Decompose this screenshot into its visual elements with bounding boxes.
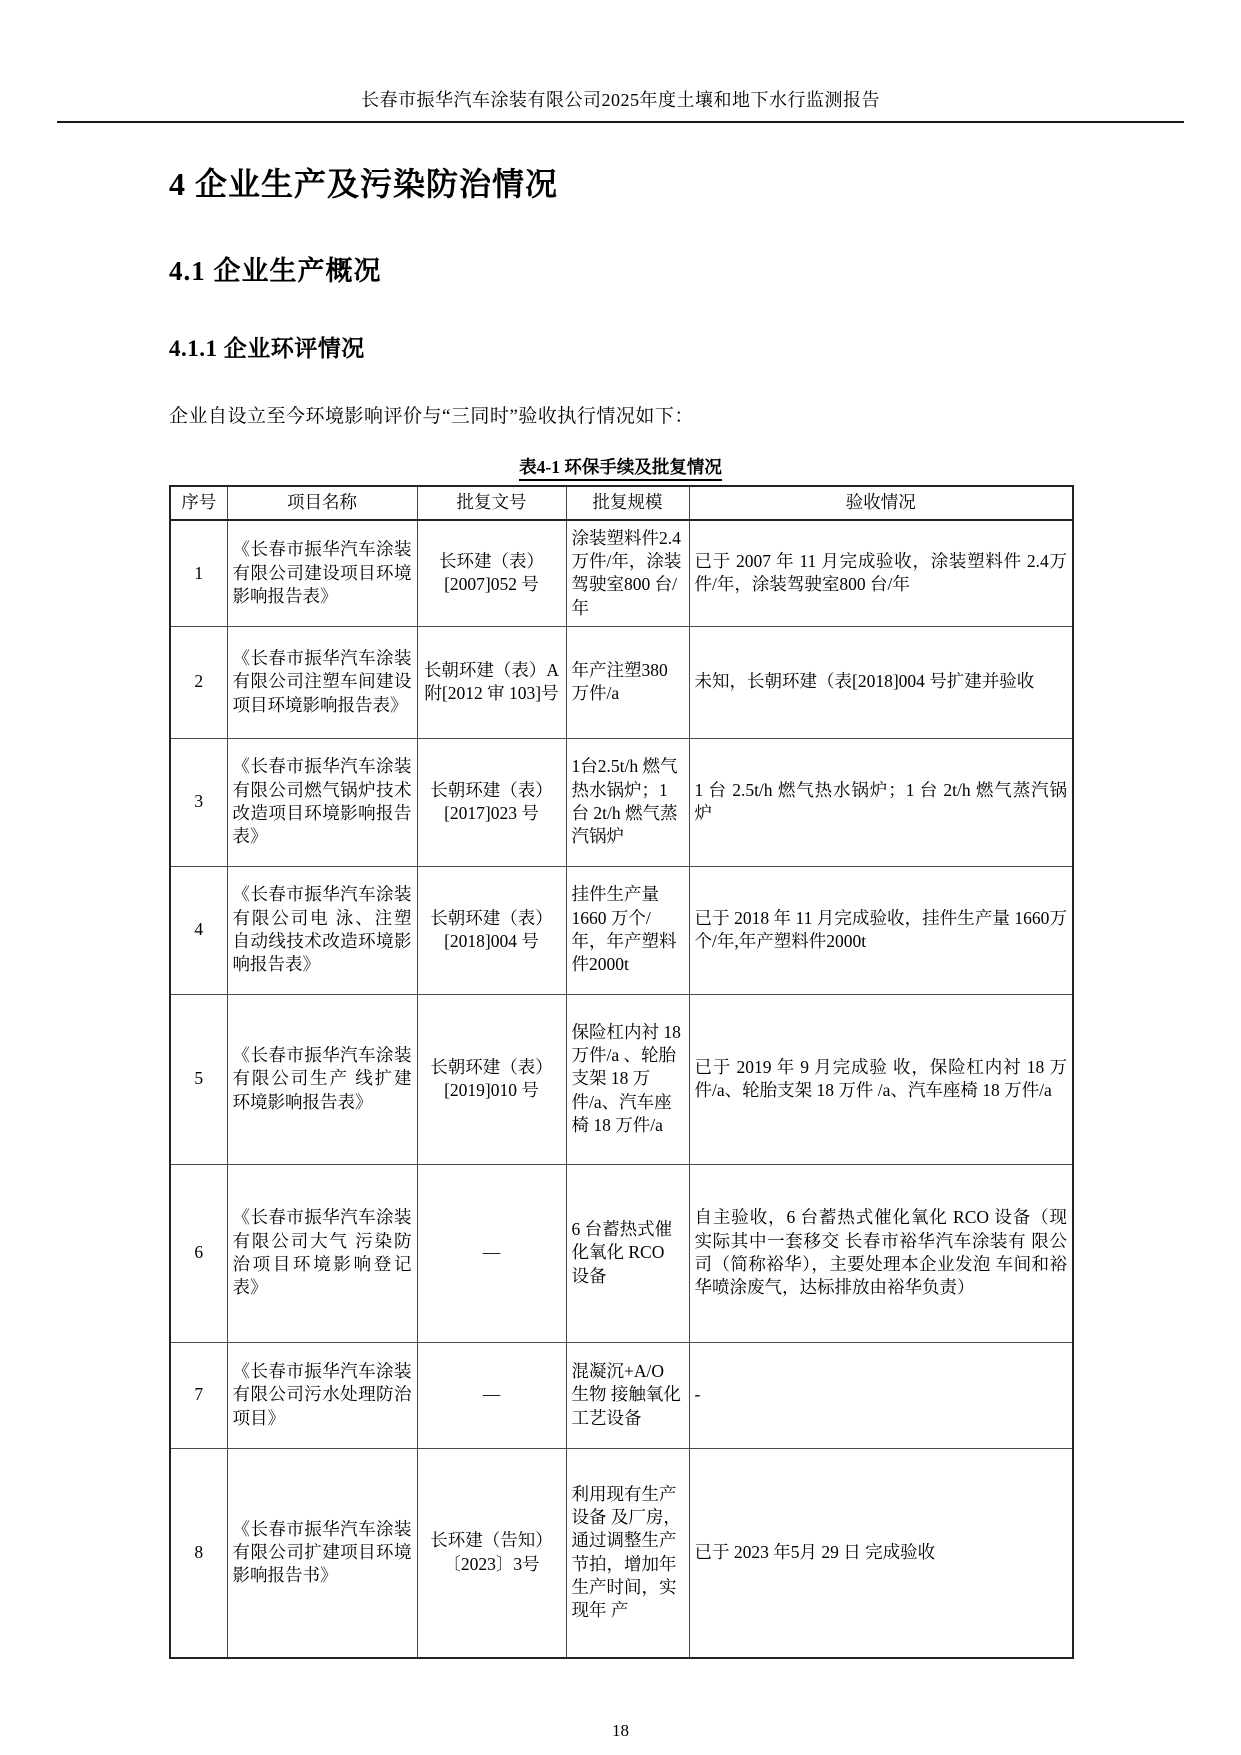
cell-acceptance: 1 台 2.5t/h 燃气热水锅炉；1 台 2t/h 燃气蒸汽锅炉 <box>689 738 1073 866</box>
cell-seq: 8 <box>170 1448 227 1658</box>
cell-acceptance: - <box>689 1342 1073 1448</box>
cell-project-name: 《长春市振华汽车涂装有限公司污水处理防治项目》 <box>227 1342 417 1448</box>
cell-project-name: 《长春市振华汽车涂装有限公司电 泳、注塑自动线技术改造环境影响报告表》 <box>227 866 417 994</box>
column-header-acceptance: 验收情况 <box>689 486 1073 520</box>
cell-seq: 7 <box>170 1342 227 1448</box>
table-row: 6 《长春市振华汽车涂装有限公司大气 污染防治项目环境影响登记表》 — 6 台蓄… <box>170 1164 1073 1342</box>
table-row: 8 《长春市振华汽车涂装有限公司扩建项目环境影响报告书》 长环建（告知）〔202… <box>170 1448 1073 1658</box>
cell-approval-doc: — <box>417 1342 566 1448</box>
cell-approval-scale: 6 台蓄热式催化氧化 RCO 设备 <box>566 1164 689 1342</box>
cell-approval-scale: 挂件生产量 1660 万个/年，年产塑料件2000t <box>566 866 689 994</box>
column-header-project-name: 项目名称 <box>227 486 417 520</box>
cell-approval-doc: 长朝环建（表）[2018]004 号 <box>417 866 566 994</box>
table-row: 1 《长春市振华汽车涂装有限公司建设项目环境影响报告表》 长环建（表）[2007… <box>170 520 1073 626</box>
cell-seq: 4 <box>170 866 227 994</box>
table-header-row: 序号 项目名称 批复文号 批复规模 验收情况 <box>170 486 1073 520</box>
cell-acceptance: 未知，长朝环建（表[2018]004 号扩建并验收 <box>689 626 1073 738</box>
cell-seq: 6 <box>170 1164 227 1342</box>
cell-seq: 3 <box>170 738 227 866</box>
cell-project-name: 《长春市振华汽车涂装有限公司建设项目环境影响报告表》 <box>227 520 417 626</box>
page-header: 长春市振华汽车涂装有限公司2025年度土壤和地下水行监测报告 <box>57 86 1184 123</box>
section-heading-4-1: 4.1 企业生产概况 <box>169 249 1072 288</box>
cell-approval-scale: 混凝沉+A/O 生物 接触氧化工艺设备 <box>566 1342 689 1448</box>
cell-approval-doc: 长环建（告知）〔2023〕3号 <box>417 1448 566 1658</box>
cell-project-name: 《长春市振华汽车涂装有限公司燃气锅炉技术改造项目环境影响报告表》 <box>227 738 417 866</box>
section-heading-4: 4 企业生产及污染防治情况 <box>169 159 1072 205</box>
cell-seq: 5 <box>170 994 227 1164</box>
table-caption-text: 表4-1 环保手续及批复情况 <box>519 457 722 481</box>
cell-project-name: 《长春市振华汽车涂装有限公司扩建项目环境影响报告书》 <box>227 1448 417 1658</box>
cell-approval-doc: — <box>417 1164 566 1342</box>
cell-approval-scale: 利用现有生产设备 及厂房，通过调整生产节拍，增加年 生产时间，实现年 产 <box>566 1448 689 1658</box>
cell-approval-doc: 长朝环建（表）[2019]010 号 <box>417 994 566 1164</box>
document-body: 4 企业生产及污染防治情况 4.1 企业生产概况 4.1.1 企业环评情况 企业… <box>169 159 1072 1659</box>
cell-project-name: 《长春市振华汽车涂装有限公司注塑车间建设项目环境影响报告表》 <box>227 626 417 738</box>
cell-approval-doc: 长朝环建（表）A 附[2012 审 103]号 <box>417 626 566 738</box>
cell-seq: 2 <box>170 626 227 738</box>
cell-acceptance: 已于 2018 年 11 月完成验收，挂件生产量 1660万个/年,年产塑料件2… <box>689 866 1073 994</box>
page-header-title: 长春市振华汽车涂装有限公司2025年度土壤和地下水行监测报告 <box>361 90 880 110</box>
cell-approval-scale: 涂装塑料件2.4 万件/年，涂装驾驶室800 台/年 <box>566 520 689 626</box>
cell-approval-scale: 年产注塑380万件/a <box>566 626 689 738</box>
cell-project-name: 《长春市振华汽车涂装有限公司大气 污染防治项目环境影响登记表》 <box>227 1164 417 1342</box>
cell-approval-scale: 1台2.5t/h 燃气热水锅炉；1 台 2t/h 燃气蒸汽锅炉 <box>566 738 689 866</box>
table-row: 2 《长春市振华汽车涂装有限公司注塑车间建设项目环境影响报告表》 长朝环建（表）… <box>170 626 1073 738</box>
cell-seq: 1 <box>170 520 227 626</box>
table-row: 5 《长春市振华汽车涂装有限公司生产 线扩建环境影响报告表》 长朝环建（表）[2… <box>170 994 1073 1164</box>
intro-paragraph: 企业自设立至今环境影响评价与“三同时”验收执行情况如下： <box>169 401 1072 428</box>
approval-status-table: 序号 项目名称 批复文号 批复规模 验收情况 1 《长春市振华汽车涂装有限公司建… <box>169 485 1074 1659</box>
table-row: 3 《长春市振华汽车涂装有限公司燃气锅炉技术改造项目环境影响报告表》 长朝环建（… <box>170 738 1073 866</box>
page-number: 18 <box>0 1721 1241 1741</box>
column-header-approval-doc: 批复文号 <box>417 486 566 520</box>
column-header-approval-scale: 批复规模 <box>566 486 689 520</box>
cell-acceptance: 已于 2019 年 9 月完成验 收，保险杠内衬 18 万 件/a、轮胎支架 1… <box>689 994 1073 1164</box>
cell-acceptance: 自主验收，6 台蓄热式催化氧化 RCO 设备（现实际其中一套移交 长春市裕华汽车… <box>689 1164 1073 1342</box>
table-row: 7 《长春市振华汽车涂装有限公司污水处理防治项目》 — 混凝沉+A/O 生物 接… <box>170 1342 1073 1448</box>
cell-approval-doc: 长环建（表）[2007]052 号 <box>417 520 566 626</box>
cell-project-name: 《长春市振华汽车涂装有限公司生产 线扩建环境影响报告表》 <box>227 994 417 1164</box>
table-caption: 表4-1 环保手续及批复情况 <box>169 454 1072 479</box>
column-header-seq: 序号 <box>170 486 227 520</box>
cell-approval-scale: 保险杠内衬 18 万件/a 、轮胎支架 18 万件/a、汽车座椅 18 万件/a <box>566 994 689 1164</box>
cell-acceptance: 已于 2007 年 11 月完成验收，涂装塑料件 2.4万件/年，涂装驾驶室80… <box>689 520 1073 626</box>
section-heading-4-1-1: 4.1.1 企业环评情况 <box>169 330 1072 363</box>
cell-approval-doc: 长朝环建（表）[2017]023 号 <box>417 738 566 866</box>
table-row: 4 《长春市振华汽车涂装有限公司电 泳、注塑自动线技术改造环境影响报告表》 长朝… <box>170 866 1073 994</box>
cell-acceptance: 已于 2023 年5月 29 日 完成验收 <box>689 1448 1073 1658</box>
